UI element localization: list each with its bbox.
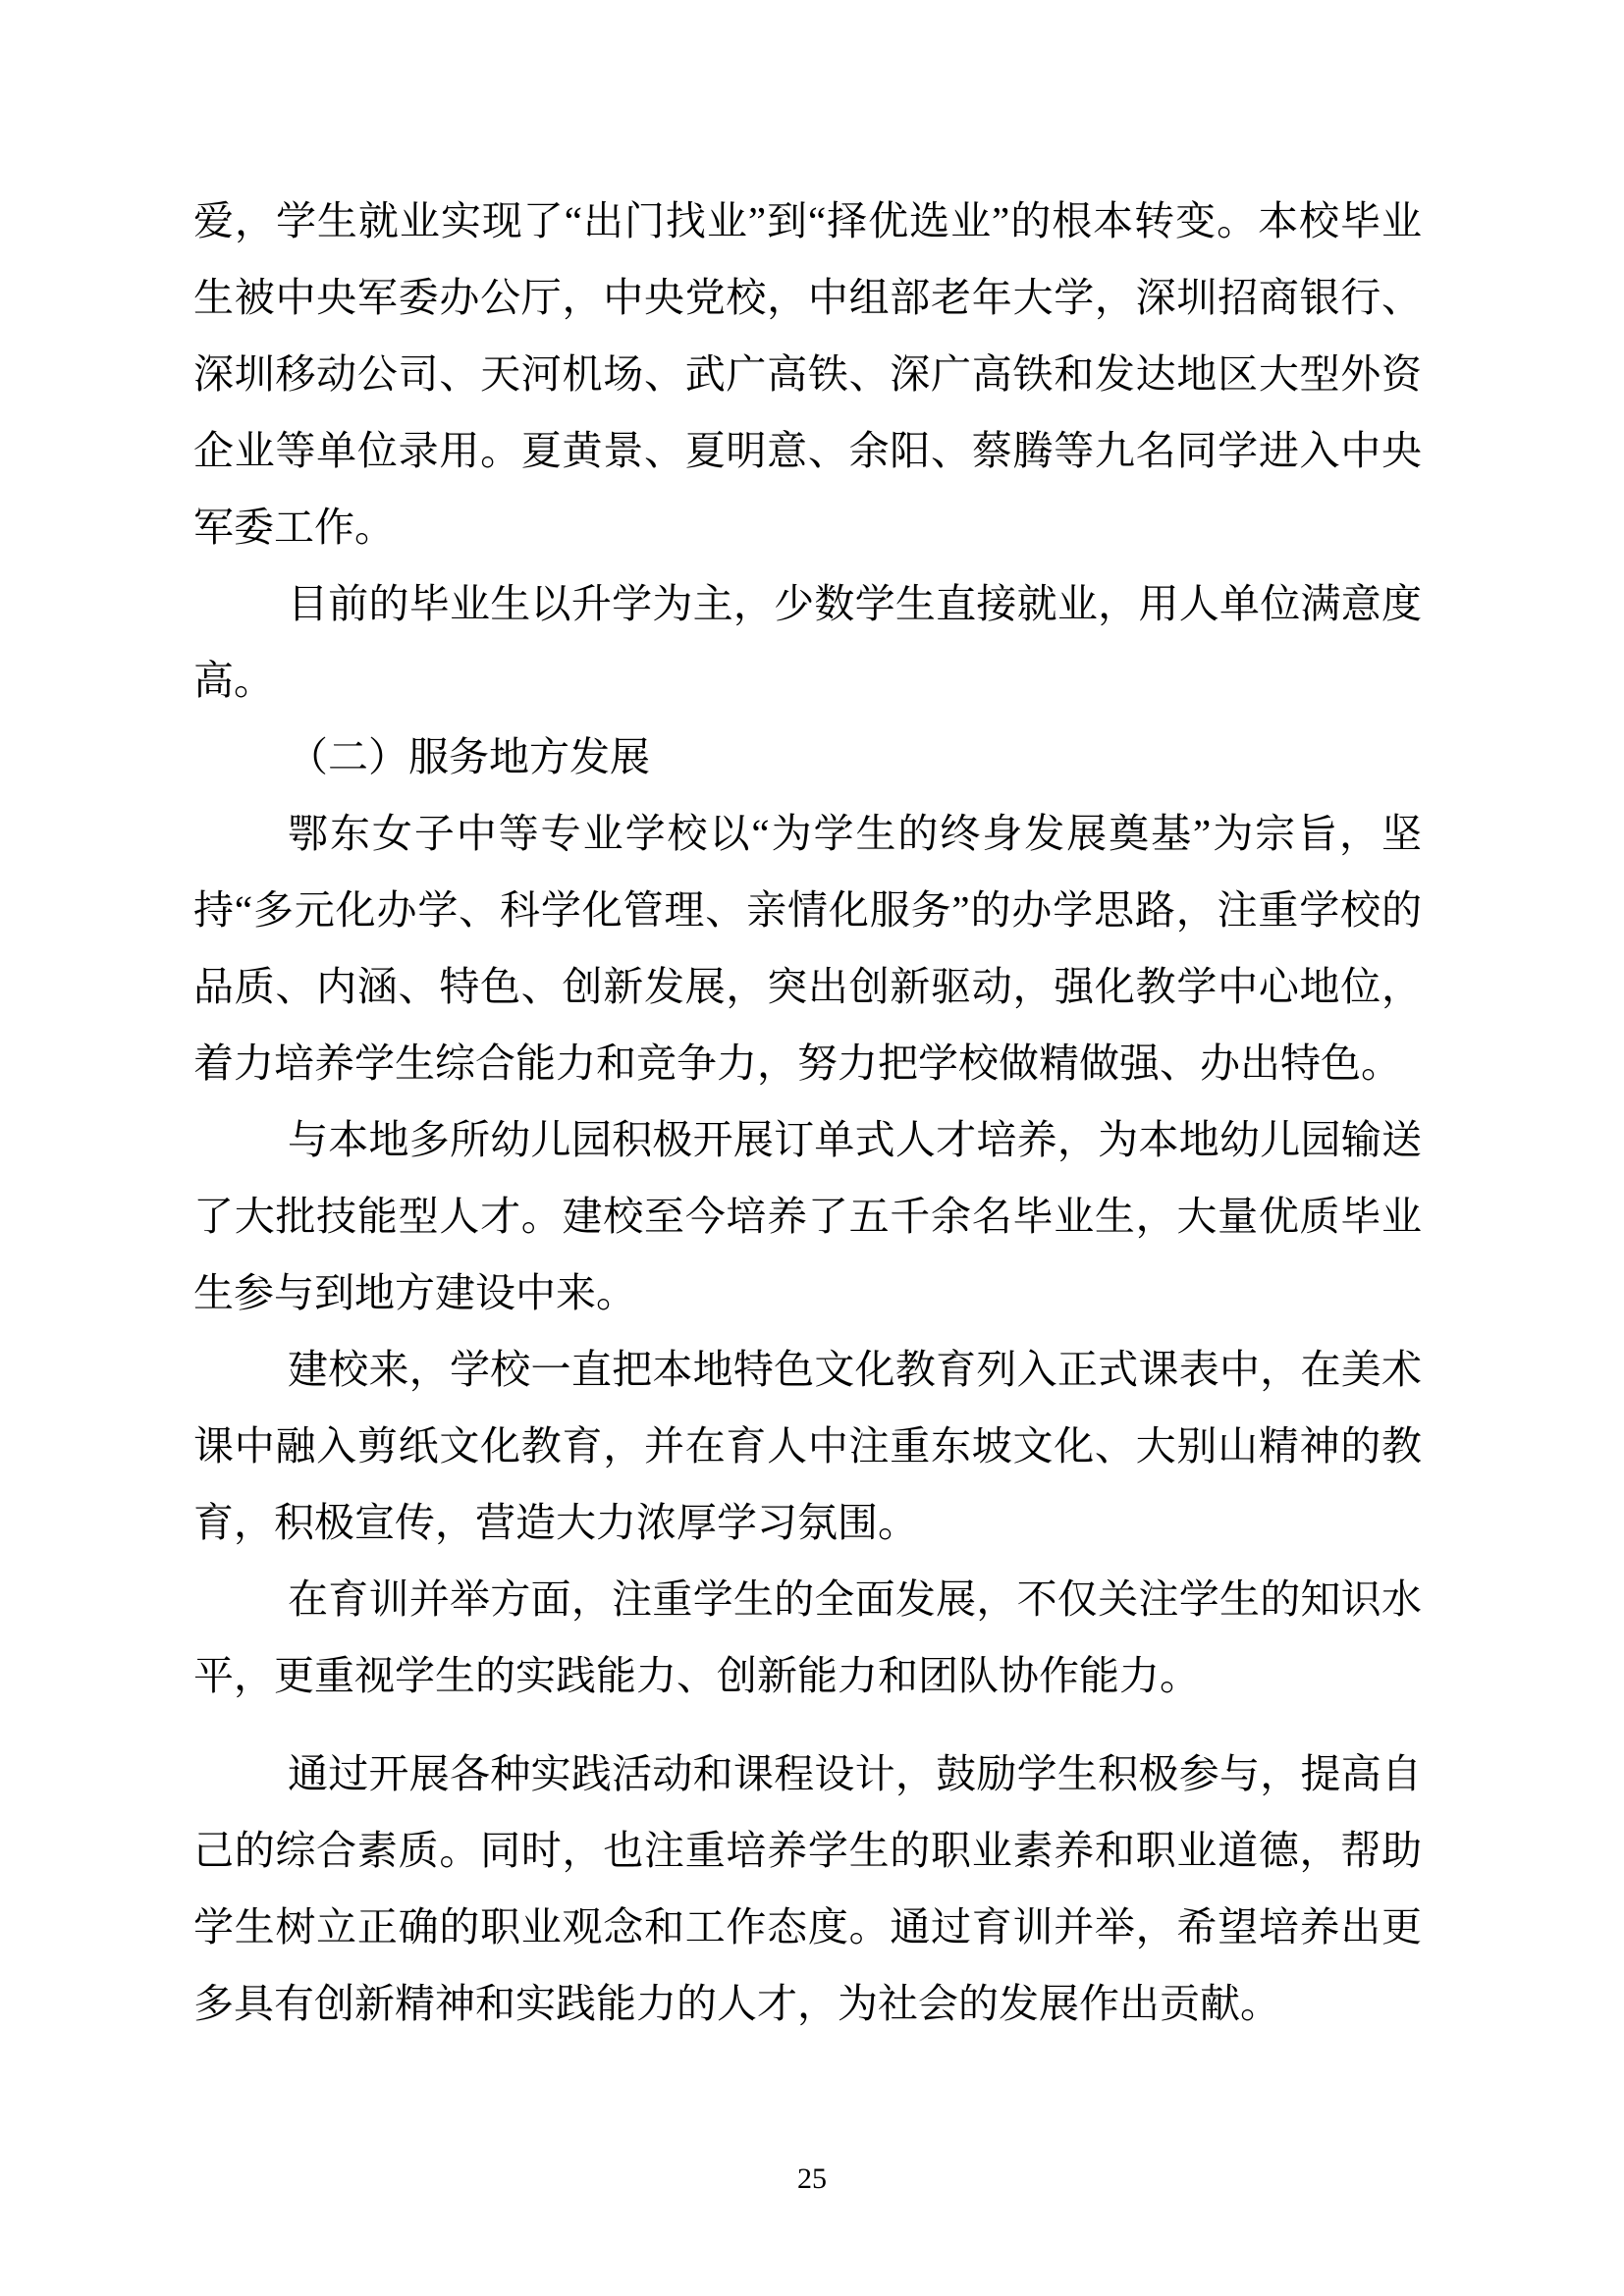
document-page: 爱，学生就业实现了“出门找业”到“择优选业”的根本转变。本校毕业生被中央军委办公…	[0, 0, 1624, 2296]
para-practice-activities: 通过开展各种实践活动和课程设计，鼓励学生积极参与，提高自己的综合素质。同时，也注…	[193, 1735, 1422, 2042]
para-graduates-status: 目前的毕业生以升学为主，少数学生直接就业，用人单位满意度高。	[193, 565, 1422, 719]
document-body: 爱，学生就业实现了“出门找业”到“择优选业”的根本转变。本校毕业生被中央军委办公…	[193, 183, 1422, 2042]
section-heading-serve-local-development: （二）服务地方发展	[193, 719, 1422, 795]
para-kindergarten-cooperation: 与本地多所幼儿园积极开展订单式人才培养，为本地幼儿园输送了大批技能型人才。建校至…	[193, 1101, 1422, 1331]
page-number: 25	[0, 2163, 1624, 2196]
para-school-mission: 鄂东女子中等专业学校以“为学生的终身发展奠基”为宗旨，坚持“多元化办学、科学化管…	[193, 795, 1422, 1101]
para-employment-transition: 爱，学生就业实现了“出门找业”到“择优选业”的根本转变。本校毕业生被中央军委办公…	[193, 183, 1422, 565]
para-local-culture-education: 建校来，学校一直把本地特色文化教育列入正式课表中，在美术课中融入剪纸文化教育，并…	[193, 1331, 1422, 1561]
para-education-training: 在育训并举方面，注重学生的全面发展，不仅关注学生的知识水平，更重视学生的实践能力…	[193, 1561, 1422, 1714]
